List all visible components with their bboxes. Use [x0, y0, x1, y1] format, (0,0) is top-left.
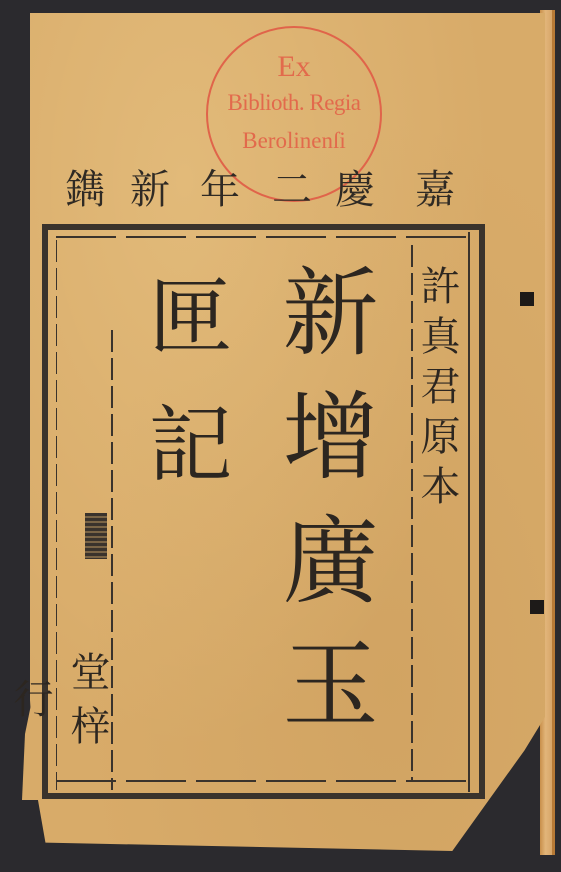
frame-inner-line-bottom	[56, 780, 466, 782]
header-char: 嘉	[405, 160, 465, 220]
stamp-line-3: Berolinenſi	[208, 128, 380, 154]
stamp-line-2: Biblioth. Regia	[208, 90, 380, 116]
header-char: 新	[120, 160, 180, 220]
frame-inner-line-top	[56, 236, 466, 238]
right-column-text: 許真君原本	[416, 245, 466, 535]
binding-hole	[530, 600, 544, 614]
binding-hole	[520, 292, 534, 306]
header-char: 鐫	[55, 160, 115, 220]
main-title: 新增廣玉	[282, 240, 392, 780]
ink-smudge	[85, 513, 107, 559]
title-continuation: 匣記	[145, 270, 245, 530]
header-char: 慶	[325, 160, 385, 220]
header-char: 年	[190, 160, 250, 220]
stamp-line-1: Ex	[208, 50, 380, 84]
frame-inner-line-left	[56, 240, 57, 790]
page-edge-line	[552, 10, 555, 855]
frame-inner-line-right	[468, 232, 470, 792]
publisher-imprint: 堂梓行	[66, 625, 116, 785]
header-char: 二	[262, 160, 322, 220]
